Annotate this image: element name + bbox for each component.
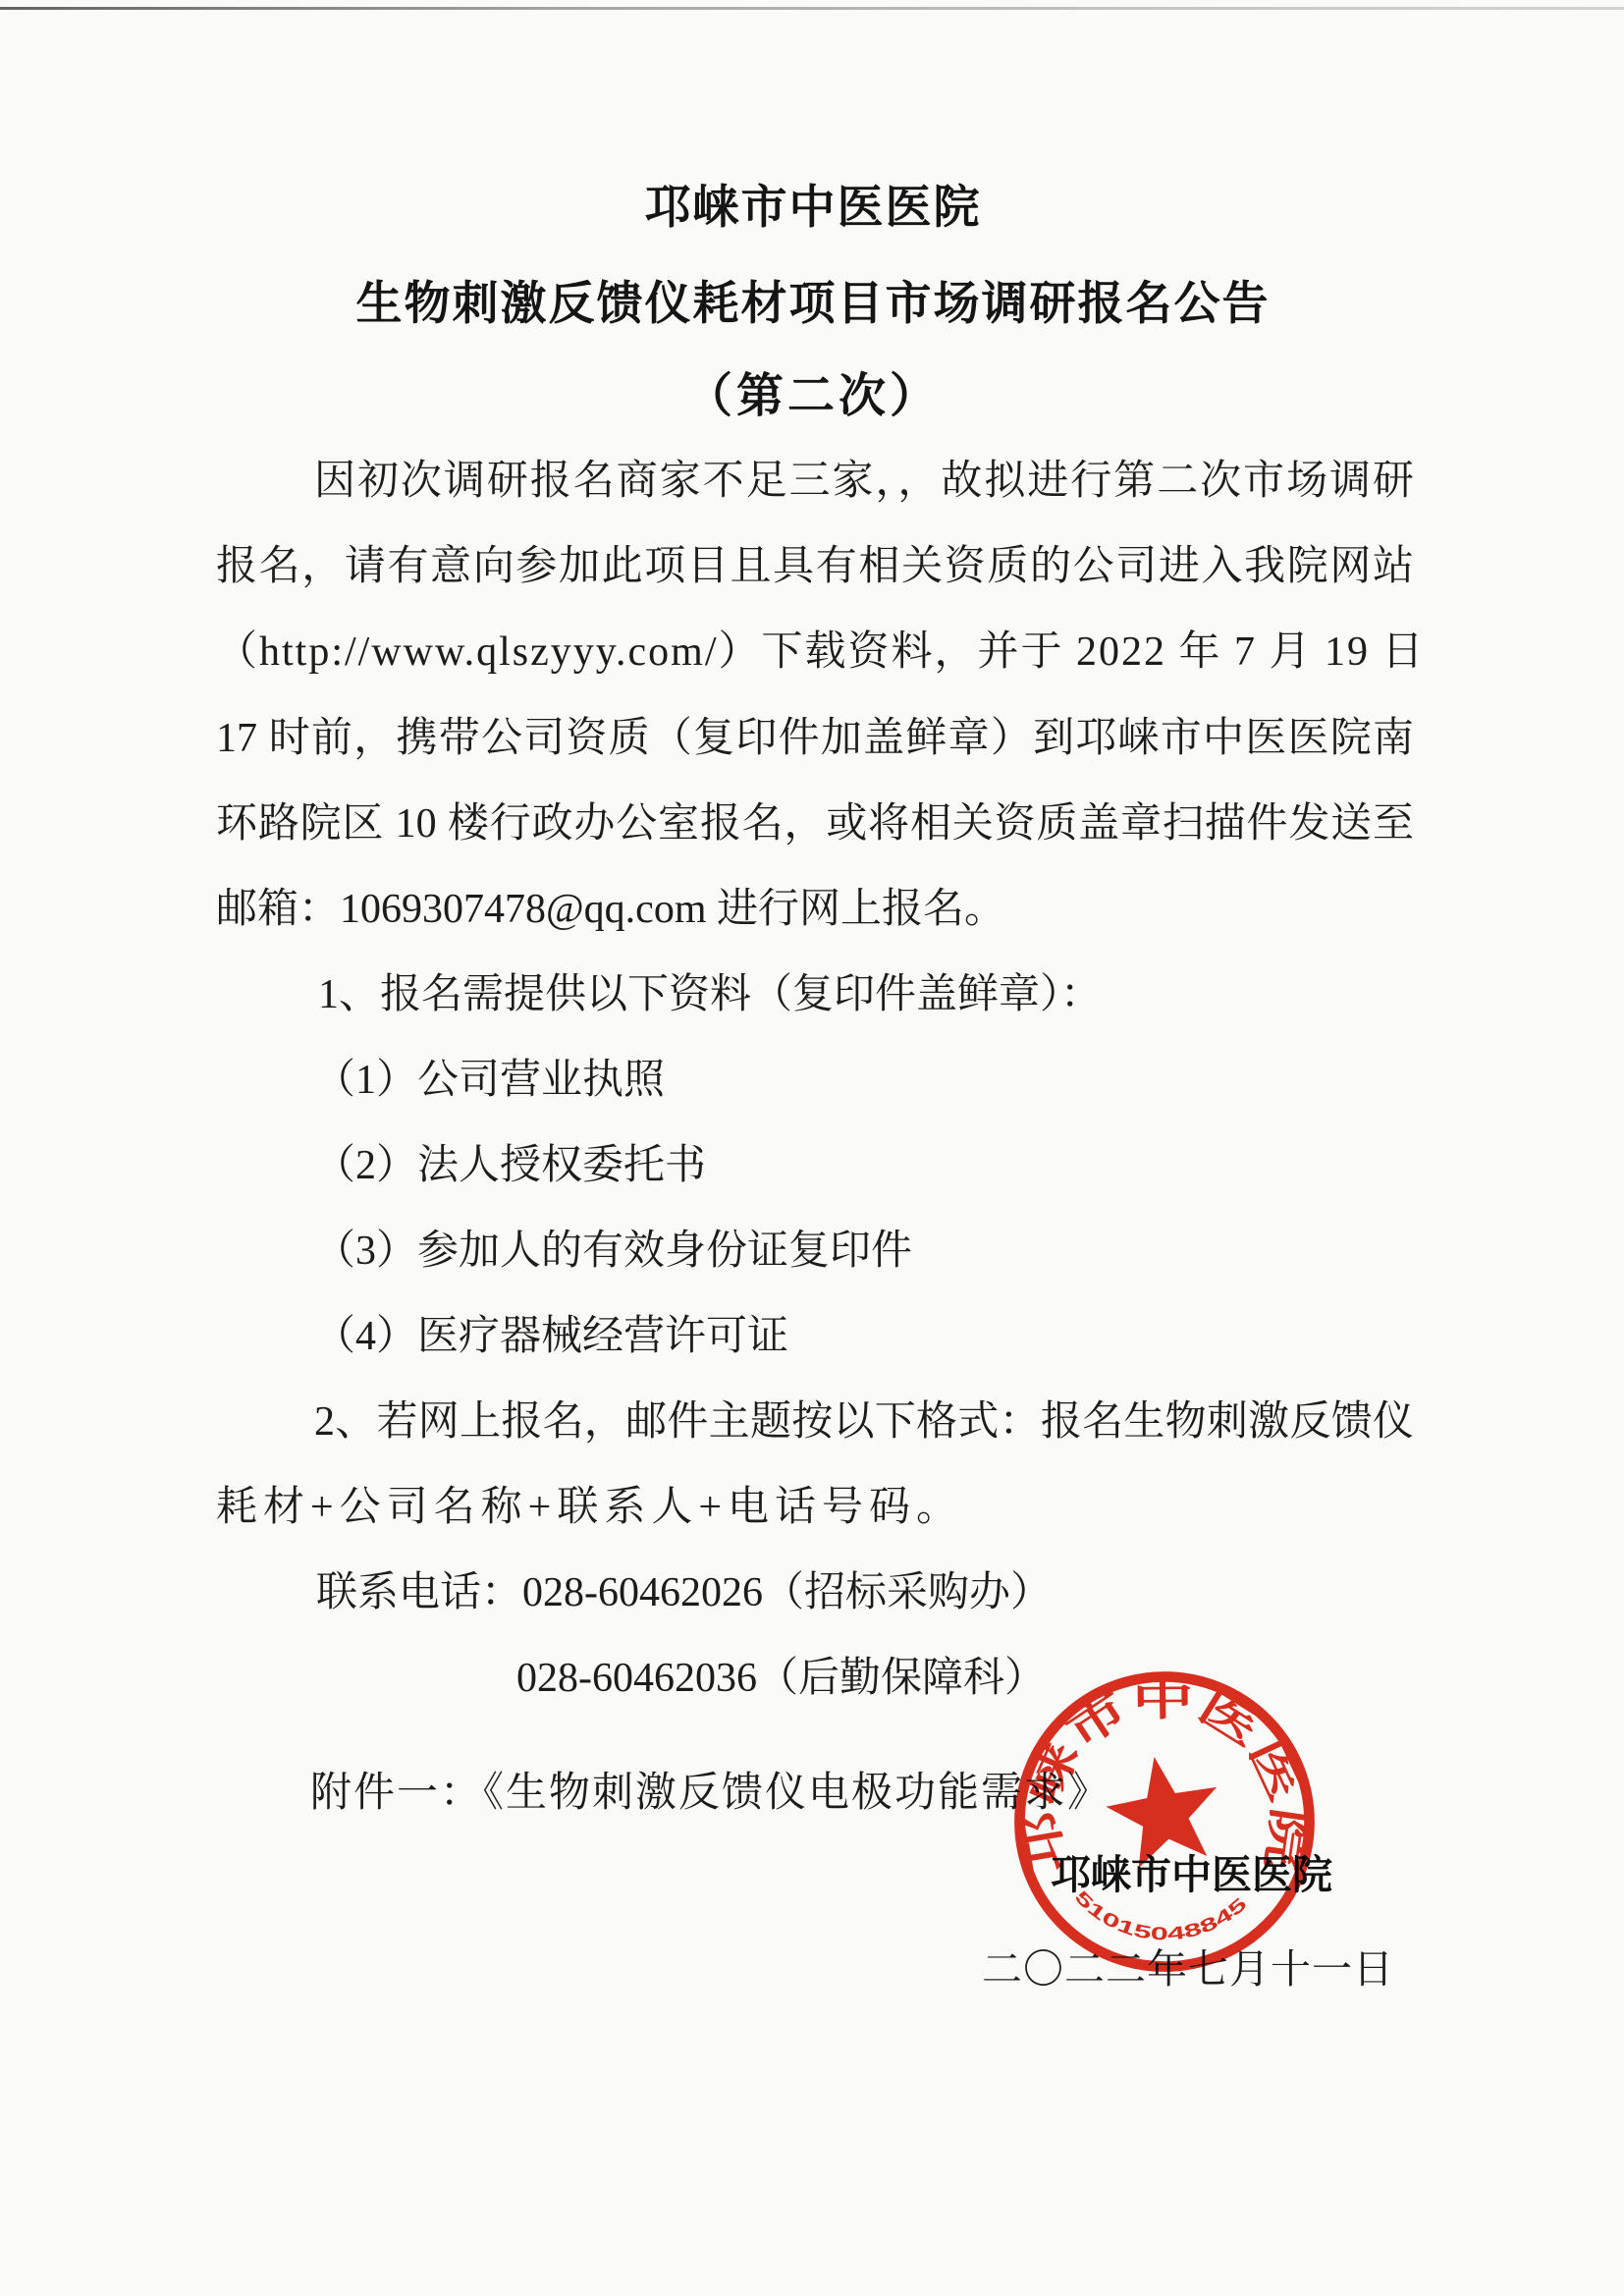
contact-phone-line-1: 联系电话：028-60462026（招标采购办） xyxy=(216,1567,1414,1618)
list-item-1-3: （3）参加人的有效身份证复印件 xyxy=(216,1226,1414,1277)
body-line: 环路院区 10 楼行政办公室报名，或将相关资质盖章扫描件发送至 xyxy=(216,798,1414,849)
star-icon xyxy=(1099,1747,1228,1872)
list-item-1-2: （2）法人授权委托书 xyxy=(216,1140,1414,1191)
body-line: 因初次调研报名商家不足三家，，故拟进行第二次市场调研 xyxy=(216,456,1414,507)
list-item-1-4: （4）医疗器械经营许可证 xyxy=(216,1311,1414,1362)
scanned-document-page: 邛崃市中医医院 生物刺激反馈仪耗材项目市场调研报名公告 （第二次） 因初次调研报… xyxy=(0,0,1624,2296)
scan-edge-line xyxy=(0,7,1624,10)
body-line-url: （http://www.qlszyyy.com/）下载资料，并于 2022 年 … xyxy=(216,627,1414,678)
body-line-email: 邮箱：1069307478@qq.com 进行网上报名。 xyxy=(216,884,1414,935)
seal-code-text: 51015048845 xyxy=(1071,1886,1251,1944)
list-item-1: 1、报名需提供以下资料（复印件盖鲜章）： xyxy=(216,969,1414,1020)
document-title-org: 邛崃市中医医院 xyxy=(167,179,1459,238)
body-line: 耗材+公司名称+联系人+电话号码。 xyxy=(216,1482,1414,1533)
list-item-2: 2、若网上报名，邮件主题按以下格式：报名生物刺激反馈仪 xyxy=(216,1396,1414,1448)
body-line: 报名，请有意向参加此项目且具有相关资质的公司进入我院网站 xyxy=(216,541,1414,592)
official-red-seal: 邛崃市中医医院 51015048845 xyxy=(1002,1660,1326,1984)
document-title-main: 生物刺激反馈仪耗材项目市场调研报名公告 xyxy=(167,275,1459,334)
body-line: 17 时前，携带公司资质（复印件加盖鲜章）到邛崃市中医医院南 xyxy=(216,713,1414,764)
svg-text:51015048845: 51015048845 xyxy=(1071,1886,1251,1944)
list-item-1-1: （1）公司营业执照 xyxy=(216,1055,1414,1106)
document-title-round: （第二次） xyxy=(167,367,1459,426)
